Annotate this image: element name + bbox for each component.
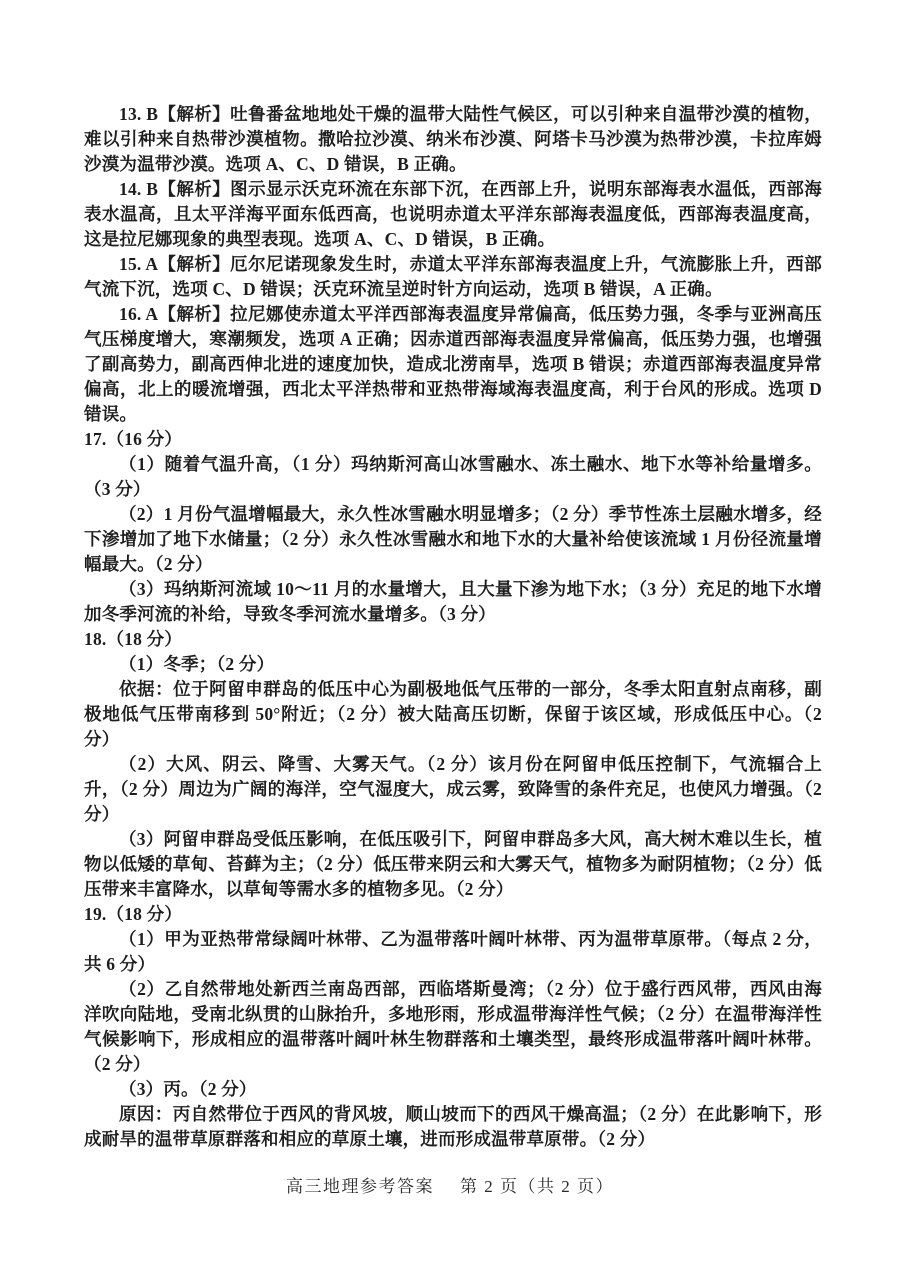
answer-19-part1: （1）甲为亚热带常绿阔叶林带、乙为温带落叶阔叶林带、丙为温带草原带。（每点 2 … [84, 927, 822, 977]
answer-19-part3: （3）丙。（2 分） [84, 1077, 822, 1102]
answer-19-part2: （2）乙自然带地处新西兰南岛西部，西临塔斯曼湾；（2 分）位于盛行西风带，西风由… [84, 977, 822, 1077]
answer-16: 16. A【解析】拉尼娜使赤道太平洋西部海表温度异常偏高，低压势力强，冬季与亚洲… [84, 302, 822, 427]
footer-document-title: 高三地理参考答案 [286, 1177, 434, 1196]
answer-13: 13. B【解析】吐鲁番盆地地处干燥的温带大陆性气候区，可以引种来自温带沙漠的植… [84, 102, 822, 177]
document-page: 13. B【解析】吐鲁番盆地地处干燥的温带大陆性气候区，可以引种来自温带沙漠的植… [0, 0, 900, 1272]
page-footer: 高三地理参考答案第 2 页（共 2 页） [0, 1172, 900, 1197]
answer-18-header: 18.（18 分） [84, 627, 822, 652]
answer-17-part1: （1）随着气温升高，（1 分）玛纳斯河高山冰雪融水、冻土融水、地下水等补给量增多… [84, 452, 822, 502]
answer-19-part3-reason: 原因：丙自然带位于西风的背风坡，顺山坡而下的西风干燥高温；（2 分）在此影响下，… [84, 1102, 822, 1152]
answer-key-body: 13. B【解析】吐鲁番盆地地处干燥的温带大陆性气候区，可以引种来自温带沙漠的植… [84, 102, 822, 1152]
answer-17-header: 17.（16 分） [84, 427, 822, 452]
answer-18-part1-basis: 依据：位于阿留申群岛的低压中心为副极地低气压带的一部分，冬季太阳直射点南移，副极… [84, 677, 822, 752]
answer-17-part3: （3）玛纳斯河流域 10～11 月的水量增大，且大量下渗为地下水；（3 分）充足… [84, 577, 822, 627]
answer-14: 14. B【解析】图示显示沃克环流在东部下沉，在西部上升，说明东部海表水温低，西… [84, 177, 822, 252]
answer-19-header: 19.（18 分） [84, 902, 822, 927]
answer-15: 15. A【解析】厄尔尼诺现象发生时，赤道太平洋东部海表温度上升，气流膨胀上升，… [84, 252, 822, 302]
footer-page-number: 第 2 页（共 2 页） [460, 1177, 614, 1196]
answer-17-part2: （2）1 月份气温增幅最大，永久性冰雪融水明显增多；（2 分）季节性冻土层融水增… [84, 502, 822, 577]
answer-18-part1: （1）冬季；（2 分） [84, 652, 822, 677]
answer-18-part2: （2）大风、阴云、降雪、大雾天气。（2 分）该月份在阿留申低压控制下，气流辐合上… [84, 752, 822, 827]
answer-18-part3: （3）阿留申群岛受低压影响，在低压吸引下，阿留申群岛多大风，高大树木难以生长，植… [84, 827, 822, 902]
